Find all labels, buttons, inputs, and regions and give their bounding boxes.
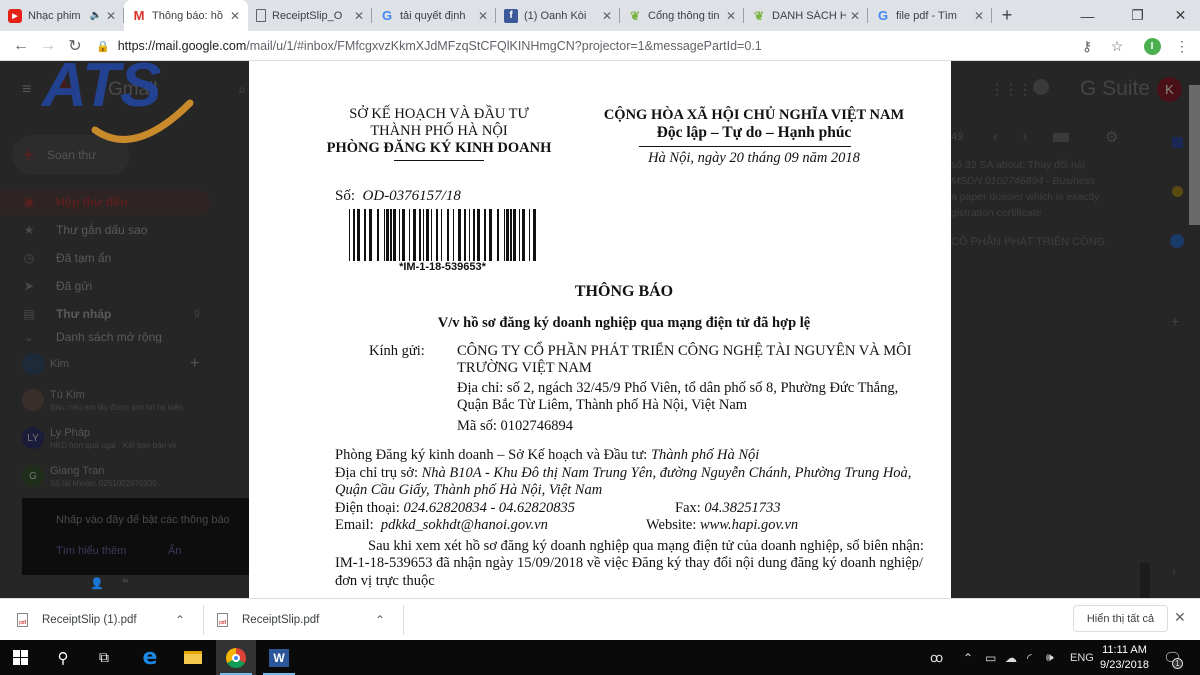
close-tab-icon[interactable]: ✕ [106, 9, 116, 23]
issuer-contact-block: Phòng Đăng ký kinh doanh – Sở Kế hoạch v… [335, 447, 925, 590]
document-title: THÔNG BÁO [249, 283, 951, 301]
issuer-header: SỞ KẾ HOẠCH VÀ ĐẦU TƯ THÀNH PHỐ HÀ NỘI P… [319, 106, 559, 157]
avatar: LY [22, 427, 44, 449]
send-icon: ➤ [22, 279, 36, 293]
edge-browser-icon[interactable]: e [130, 640, 170, 675]
next-icon[interactable]: › [1023, 129, 1027, 144]
tab-receiptslip[interactable]: ReceiptSlip_O ✕ [248, 0, 372, 31]
settings-gear-icon[interactable]: ⚙ [1105, 128, 1118, 146]
windows-logo-icon [13, 650, 28, 665]
message-preview: số 32 SA about: Thay đổi nội MSDN 010274… [951, 157, 1099, 221]
tab-label: Thông báo: hồ [152, 10, 226, 22]
profile-avatar[interactable]: I [1142, 36, 1162, 56]
add-contact-icon[interactable]: + [190, 355, 199, 373]
close-shelf-icon[interactable]: ✕ [1174, 609, 1186, 626]
notification-badge: 1 [1172, 658, 1183, 669]
facebook-icon: f [504, 9, 518, 23]
chrome-icon[interactable] [216, 640, 256, 675]
scrollbar[interactable] [1189, 85, 1200, 225]
document-icon [256, 9, 266, 22]
recipient-block: CÔNG TY CỔ PHẦN PHÁT TRIỂN CÔNG NGHỆ TÀI… [457, 343, 912, 435]
scrollbar-thumb[interactable] [1140, 563, 1150, 598]
reload-button[interactable]: ↻ [64, 35, 86, 57]
hangouts-user[interactable]: Kim [22, 353, 69, 375]
document-subtitle: V/v hồ sơ đăng ký doanh nghiệp qua mạng … [249, 315, 951, 332]
barcode [349, 209, 536, 261]
compose-label: Soạn thư [47, 148, 96, 162]
word-icon[interactable]: W [259, 640, 299, 675]
portal-leaf-icon: ❦ [628, 9, 642, 23]
prev-icon[interactable]: ‹ [993, 129, 997, 144]
national-header: CỘNG HÒA XÃ HỘI CHỦ NGHĨA VIỆT NAM Độc l… [594, 106, 914, 142]
hamburger-menu-icon[interactable]: ≡ [22, 81, 31, 99]
tab-label: ReceiptSlip_O [272, 10, 350, 22]
close-tab-icon[interactable]: ✕ [354, 9, 364, 23]
contact-item[interactable]: Tú KimBản: nếu em lấy được sim tín tại k… [22, 389, 182, 412]
minimize-button[interactable]: — [1065, 0, 1110, 31]
new-tab-button[interactable]: + [992, 0, 1022, 31]
tab-tai-quyet-dinh[interactable]: G tải quyết định ✕ [372, 0, 496, 31]
toast-message[interactable]: Nhấp vào đây để bật các thông báo [56, 514, 230, 526]
lock-icon: 🔒 [96, 40, 110, 53]
system-clock[interactable]: 11:11 AM 9/23/2018 [1097, 643, 1152, 673]
tab-nhac-phim[interactable]: ▶ Nhạc phim 🔈 ✕ [0, 0, 124, 31]
google-icon: G [876, 9, 890, 23]
people-icon[interactable]: ꝏ [930, 640, 943, 675]
tab-label: file pdf - Tìm [896, 10, 970, 22]
google-icon: G [380, 9, 394, 23]
bookmark-star-icon[interactable]: ☆ [1107, 36, 1127, 56]
account-avatar[interactable]: K [1157, 77, 1182, 102]
date-line: Hà Nội, ngày 20 tháng 09 năm 2018 [594, 150, 914, 167]
forward-button[interactable]: → [37, 35, 59, 57]
tab-facebook[interactable]: f (1) Oanh Kòi ✕ [496, 0, 620, 31]
battery-icon[interactable]: ▭ [985, 640, 996, 675]
action-center-icon[interactable]: 🗨1 [1163, 640, 1182, 675]
tab-gmail-thong-bao[interactable]: M Thông báo: hồ ✕ [124, 0, 248, 31]
gsuite-brand: G Suite [1080, 77, 1150, 101]
notification-toast: Nhấp vào đây để bật các thông báo Tìm hi… [22, 498, 252, 575]
file-explorer-icon[interactable] [173, 640, 213, 675]
browser-toolbar: ← → ↻ 🔒 https://mail.google.com/mail/u/1… [0, 31, 1200, 61]
nav-inbox[interactable]: ▣Hộp thư đến [22, 192, 127, 212]
input-tools-icon[interactable] [1053, 133, 1069, 142]
add-addon-icon[interactable]: + [1171, 313, 1179, 329]
contact-item[interactable]: LY Ly PhápHKD hơn quà cgai · Kết bạn bán… [22, 427, 176, 450]
search-icon[interactable]: ⚲ [43, 640, 83, 675]
avatar: G [22, 465, 44, 487]
close-window-button[interactable]: ✕ [1158, 0, 1200, 31]
draft-icon: ▤ [22, 307, 36, 321]
gmail-icon: M [132, 9, 146, 23]
expand-panel-icon[interactable]: › [1172, 564, 1176, 578]
chevron-up-icon[interactable]: ⌃ [175, 613, 185, 627]
tab-label: tải quyết định [400, 10, 474, 22]
divider [394, 160, 484, 161]
task-view-icon[interactable]: ⧉ [84, 640, 124, 675]
windows-taskbar: ⚲ ⧉ e W ꝏ ⌃ ▭ ☁ ◜ 🕪 ENG 11:11 AM 9/23/20… [0, 640, 1200, 675]
gmail-app-name: Gmail [108, 79, 158, 101]
apps-grid-icon[interactable]: ⋮⋮⋮ [990, 81, 1032, 98]
avatar [22, 353, 44, 375]
star-icon: ★ [22, 223, 36, 237]
recipient-label: Kính gửi: [369, 343, 425, 360]
tab-label: Nhạc phim [28, 10, 89, 22]
pdf-file-icon: pdf [217, 613, 228, 627]
hangouts-icon[interactable]: ❝ [122, 576, 128, 590]
learn-more-link[interactable]: Tìm hiểu thêm [56, 545, 126, 557]
more-icon: ⌄ [22, 331, 36, 343]
message-subject: CỔ PHẦN PHÁT TRIỂN CÔNG [951, 236, 1105, 248]
tab-label: DANH SÁCH H [772, 10, 846, 22]
show-all-downloads-button[interactable]: Hiển thị tất cả [1073, 605, 1168, 632]
download-item[interactable]: pdf ReceiptSlip (1).pdf ⌃ [17, 607, 197, 633]
plus-icon: + [22, 142, 35, 168]
compose-button[interactable]: + Soạn thư [12, 135, 130, 175]
barcode-text: *IM-1-18-539653* [349, 261, 536, 273]
close-tab-icon[interactable]: ✕ [850, 9, 860, 23]
page-counter: 49 [951, 131, 963, 143]
keep-icon[interactable] [1172, 186, 1183, 197]
tab-label: (1) Oanh Kòi [524, 10, 598, 22]
key-icon[interactable]: ⚷ [1077, 36, 1097, 56]
pdf-document-page: SỞ KẾ HOẠCH VÀ ĐẦU TƯ THÀNH PHỐ HÀ NỘI P… [249, 61, 951, 598]
contact-item[interactable]: G Giang TranSố tài khoản: 0251002670330 [22, 465, 157, 488]
body-paragraph: Sau khi xem xét hồ sơ đăng ký doanh nghi… [335, 538, 925, 591]
tab-file-pdf[interactable]: G file pdf - Tìm ✕ [868, 0, 992, 31]
close-tab-icon[interactable]: ✕ [478, 9, 488, 23]
gmail-logo-icon: M [60, 77, 77, 100]
download-item[interactable]: pdf ReceiptSlip.pdf ⌃ [217, 607, 397, 633]
close-tab-icon[interactable]: ✕ [726, 9, 736, 23]
restore-button[interactable]: ❐ [1115, 0, 1160, 31]
browser-tab-strip: ▶ Nhạc phim 🔈 ✕ M Thông báo: hồ ✕ Receip… [0, 0, 1200, 31]
dismiss-button[interactable]: Ẩn [168, 545, 181, 557]
back-button[interactable]: ← [10, 35, 32, 57]
nav-snoozed[interactable]: ◷Đã tạm ẩn [22, 248, 111, 268]
nav-more[interactable]: ⌄Danh sách mở rộng [22, 331, 162, 343]
tab-cong-thong-tin[interactable]: ❦ Cổng thông tin ✕ [620, 0, 744, 31]
show-hidden-icons-chevron[interactable]: ⌃ [963, 640, 973, 675]
tab-label: Cổng thông tin [648, 10, 722, 22]
pdf-file-icon: pdf [17, 613, 28, 627]
url-host: https://mail.google.com [118, 39, 247, 53]
audio-playing-icon[interactable]: 🔈 [89, 10, 101, 21]
drafts-count: 9 [194, 309, 200, 320]
document-number: Số: OD-0376157/18 [335, 188, 461, 205]
close-tab-icon[interactable]: ✕ [602, 9, 612, 23]
inbox-icon: ▣ [22, 195, 36, 209]
volume-icon[interactable]: 🕪 [1046, 640, 1054, 675]
search-icon[interactable]: ⌕ [238, 81, 246, 98]
close-tab-icon[interactable]: ✕ [974, 9, 984, 23]
start-button[interactable] [0, 640, 40, 675]
contacts-icon[interactable]: 👤 [90, 577, 104, 590]
clock-icon: ◷ [22, 251, 36, 265]
menu-kebab-icon[interactable]: ⋮ [1172, 36, 1192, 56]
youtube-icon: ▶ [8, 9, 22, 23]
nav-starred[interactable]: ★Thư gắn dấu sao [22, 220, 147, 240]
nav-sent[interactable]: ➤Đã gửi [22, 276, 92, 296]
download-shelf: pdf ReceiptSlip (1).pdf ⌃ pdf ReceiptSli… [0, 598, 1200, 640]
notifications-icon[interactable] [1033, 79, 1049, 95]
wifi-icon[interactable]: ◜ [1027, 640, 1032, 675]
tasks-icon[interactable] [1170, 234, 1184, 248]
tab-danh-sach[interactable]: ❦ DANH SÁCH H ✕ [744, 0, 868, 31]
avatar [22, 389, 44, 411]
portal-leaf-icon: ❦ [752, 9, 766, 23]
address-bar[interactable]: 🔒 https://mail.google.com/mail/u/1/#inbo… [96, 34, 1136, 58]
url-path: /mail/u/1/#inbox/FMfcgxvzKkmXJdMFzqStCFQ… [246, 39, 761, 53]
nav-drafts[interactable]: ▤Thư nháp9 [22, 304, 111, 324]
onedrive-cloud-icon[interactable]: ☁ [1005, 640, 1017, 675]
close-tab-icon[interactable]: ✕ [230, 9, 240, 23]
language-indicator[interactable]: ENG [1070, 640, 1094, 675]
divider [639, 146, 851, 147]
calendar-icon[interactable] [1172, 137, 1183, 148]
chevron-up-icon[interactable]: ⌃ [375, 613, 385, 627]
